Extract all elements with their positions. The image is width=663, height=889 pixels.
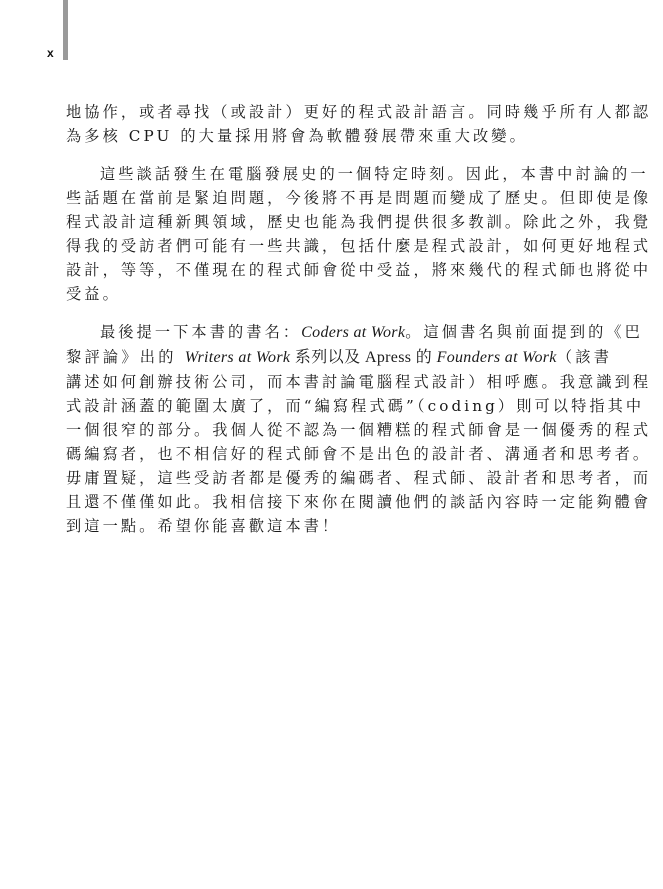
book-title-founders-at-work: Founders at Work: [437, 349, 557, 366]
text-line: 且還不僅僅如此。我相信接下來你在閱讀他們的談話內容時一定能夠體會: [66, 490, 612, 514]
text-run: 最後提一下本書的書名：: [100, 323, 301, 341]
text-line: 講述如何創辦技術公司，而本書討論電腦程式設計）相呼應。我意識到程: [66, 370, 612, 394]
paragraph-3: 最後提一下本書的書名：Coders at Work。這個書名與前面提到的《巴 黎…: [66, 320, 612, 538]
paragraph-1: 地協作，或者尋找（或設計）更好的程式設計語言。同時幾乎所有人都認 為多核 CPU…: [66, 100, 612, 148]
text-line: 這些談話發生在電腦發展史的一個特定時刻。因此，本書中討論的一: [66, 162, 612, 186]
text-line: 為多核 CPU 的大量採用將會為軟體發展帶來重大改變。: [66, 124, 612, 148]
text-line: 程式設計這種新興領域，歷史也能為我們提供很多教訓。除此之外，我覺: [66, 210, 612, 234]
text-line: 最後提一下本書的書名：Coders at Work。這個書名與前面提到的《巴: [66, 320, 612, 345]
text-line: 地協作，或者尋找（或設計）更好的程式設計語言。同時幾乎所有人都認: [66, 100, 612, 124]
book-title-writers-at-work: Writers at Work: [185, 349, 291, 366]
text-line: 得我的受訪者們可能有一些共識，包括什麼是程式設計，如何更好地程式: [66, 234, 612, 258]
page-number: x: [47, 46, 54, 60]
text-run: 系列以及 Apress 的: [290, 349, 436, 366]
text-line: 黎評論》出的 Writers at Work 系列以及 Apress 的 Fou…: [66, 345, 612, 370]
text-line: 到這一點。希望你能喜歡這本書！: [66, 514, 612, 538]
text-run: 。這個書名與前面提到的《巴: [405, 323, 643, 341]
text-run: （該書: [557, 348, 612, 366]
book-title-coders-at-work: Coders at Work: [301, 324, 405, 341]
text-line: 些話題在當前是緊迫問題，今後將不再是問題而變成了歷史。但即使是像: [66, 186, 612, 210]
text-line: 受益。: [66, 282, 612, 306]
page-edge-bar: [63, 0, 68, 60]
text-line: 一個很窄的部分。我個人從不認為一個糟糕的程式師會是一個優秀的程式: [66, 418, 612, 442]
text-line: 毋庸置疑，這些受訪者都是優秀的編碼者、程式師、設計者和思考者，而: [66, 466, 612, 490]
page-body: 地協作，或者尋找（或設計）更好的程式設計語言。同時幾乎所有人都認 為多核 CPU…: [66, 100, 612, 552]
text-line: 碼編寫者，也不相信好的程式師會不是出色的設計者、溝通者和思考者。: [66, 442, 612, 466]
text-line: 設計，等等，不僅現在的程式師會從中受益，將來幾代的程式師也將從中: [66, 258, 612, 282]
paragraph-2: 這些談話發生在電腦發展史的一個特定時刻。因此，本書中討論的一 些話題在當前是緊迫…: [66, 162, 612, 306]
text-run: 黎評論》出的: [66, 348, 185, 366]
text-line: 式設計涵蓋的範圍太廣了，而“編寫程式碼”（coding）則可以特指其中: [66, 394, 612, 418]
